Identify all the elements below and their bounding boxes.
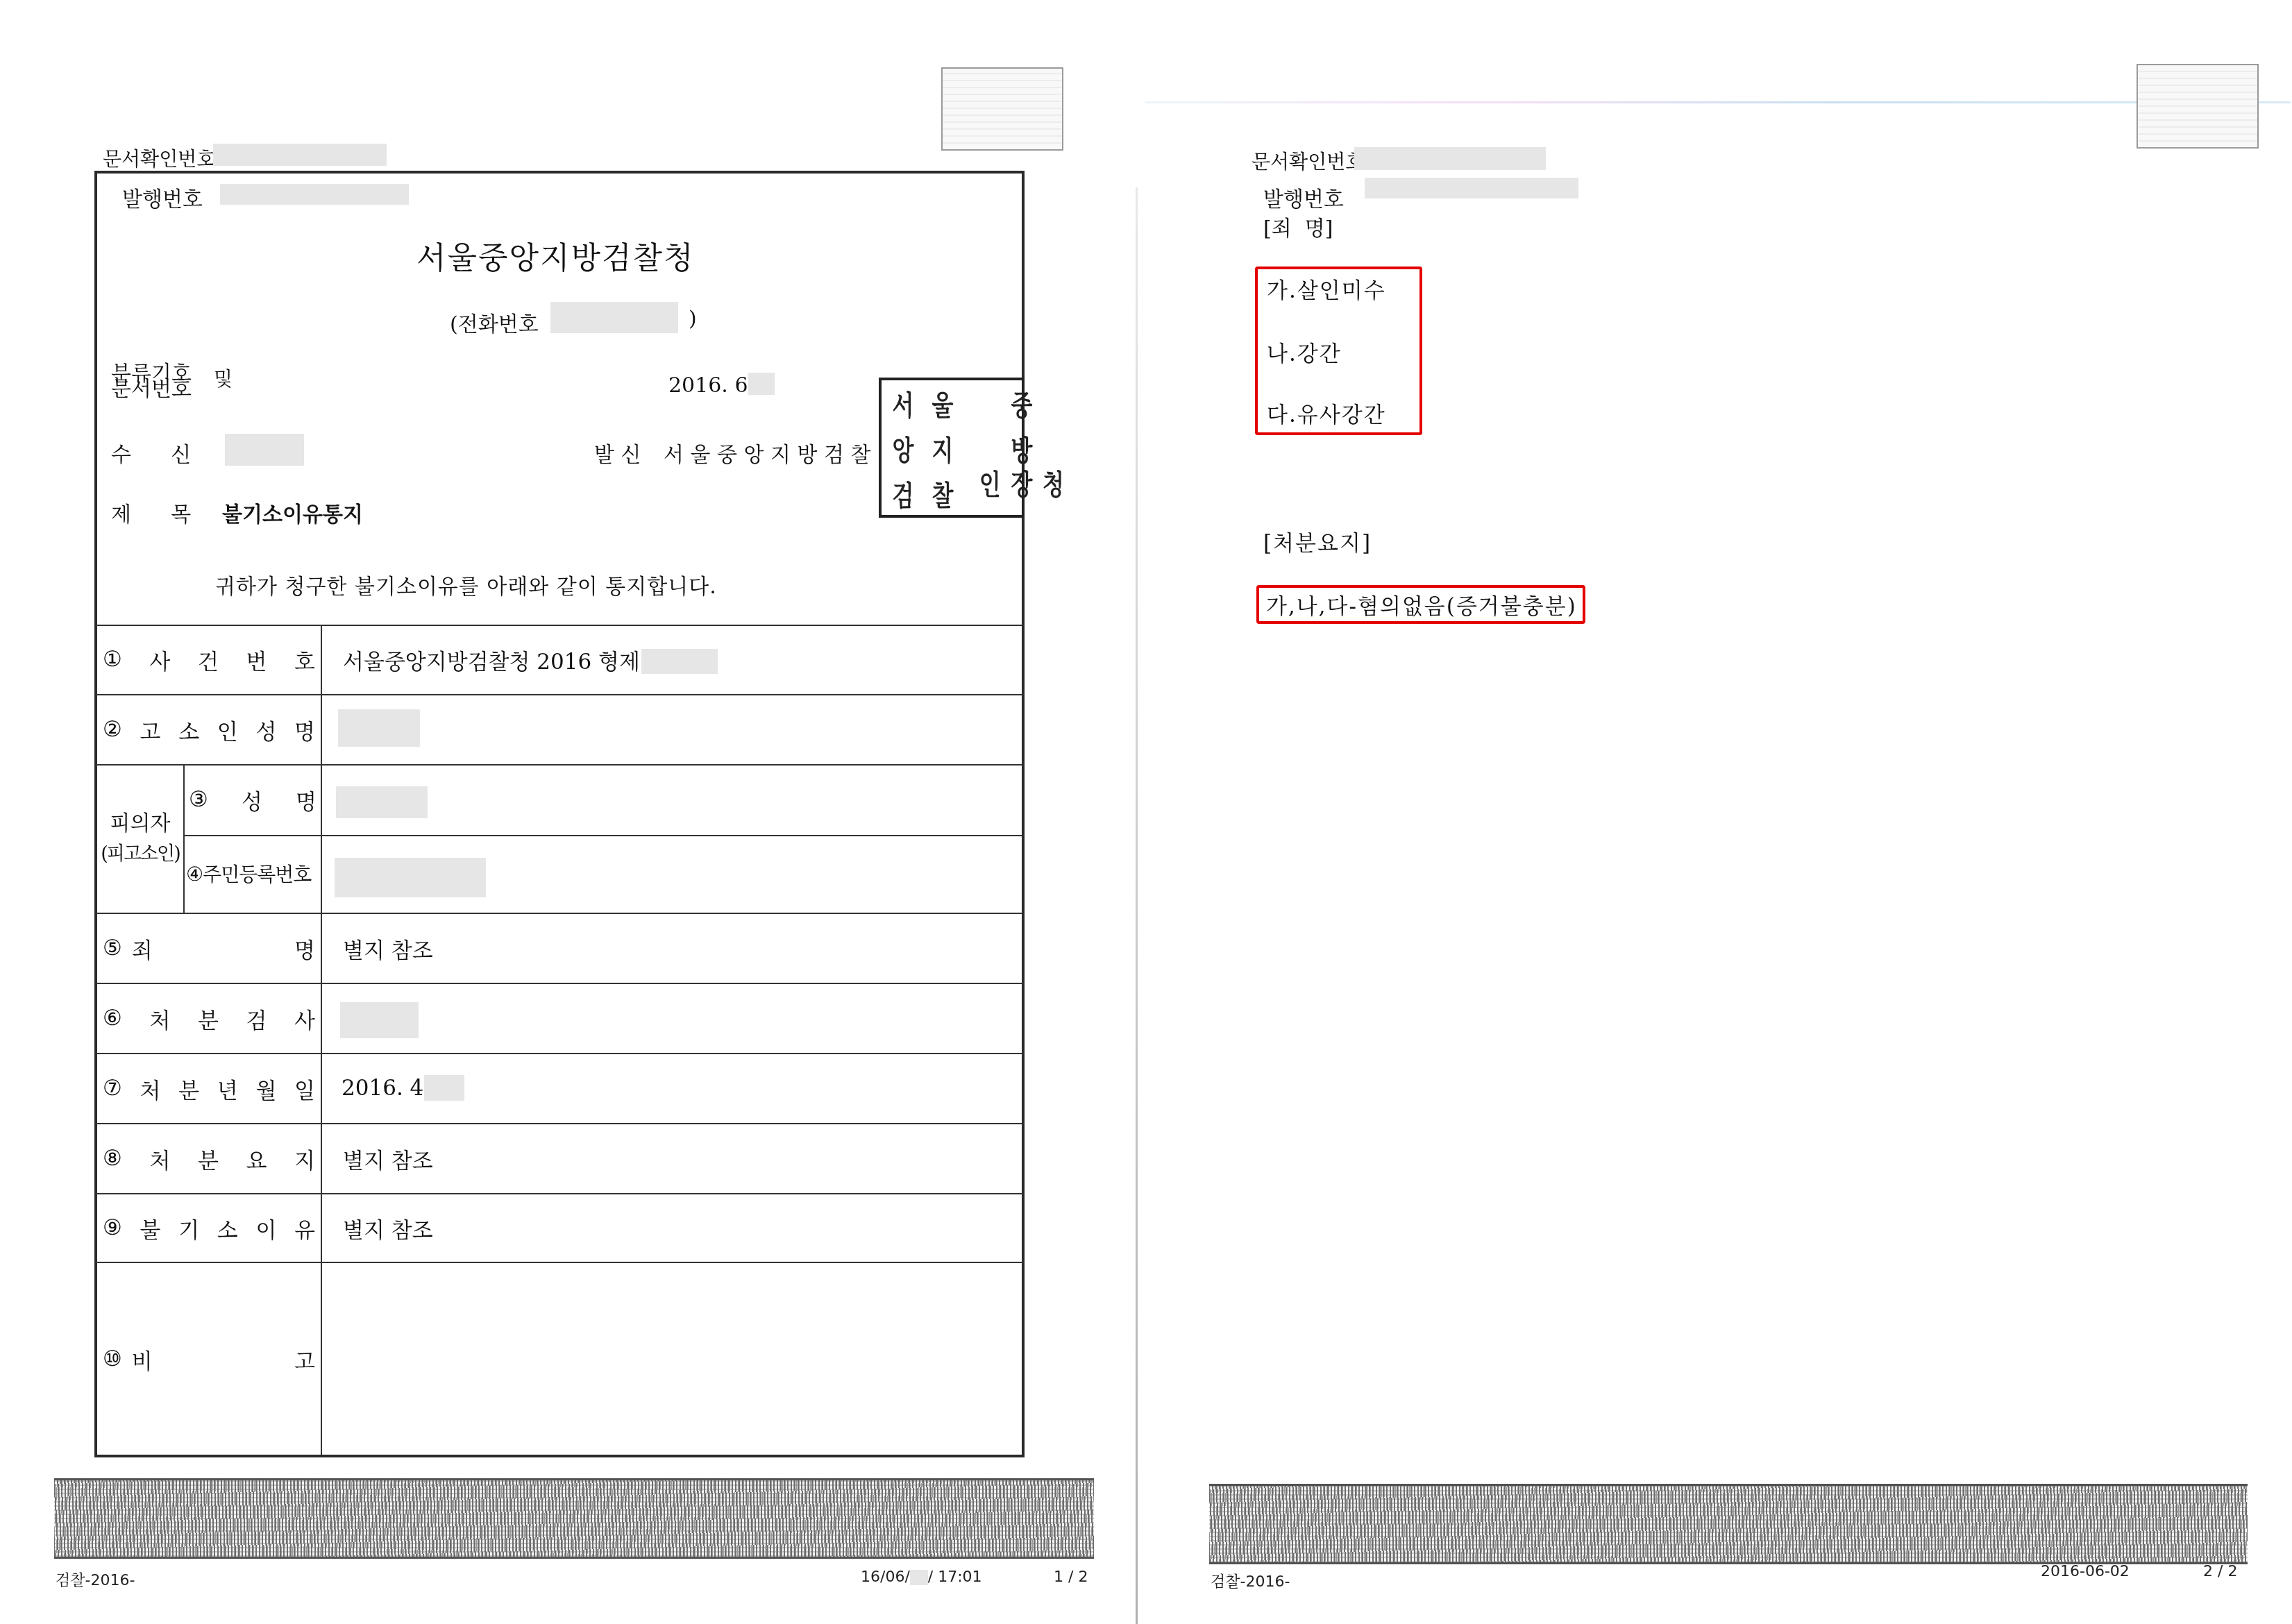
label-char: 유 <box>294 1212 315 1244</box>
seal-char: 지 <box>925 425 957 471</box>
row-number: ② <box>103 717 122 742</box>
label-char: 성 <box>255 714 276 745</box>
disposition-text: 가,나,다-혐의없음(증거불충분) <box>1266 589 1577 620</box>
footer-date-prefix: 16/06/ <box>861 1568 910 1586</box>
table-col-divider <box>321 625 322 1455</box>
row-label-suspect-name: ③ 성 명 <box>189 765 317 834</box>
phone-label: (전화번호 <box>450 307 539 337</box>
suspect-group-label: 피의자 (피고소인) <box>99 809 182 870</box>
recipient-redacted <box>225 434 304 466</box>
doc-confirm-label: 문서확인번호 <box>1252 147 1364 175</box>
seal-char: 청장인 <box>972 470 1068 515</box>
doc-confirm-number-redacted <box>213 144 387 166</box>
label-char: 이 <box>255 1212 276 1244</box>
footer-date: 2016-06-02 <box>2041 1563 2130 1580</box>
scan-artifact-line <box>1145 101 2291 103</box>
seal-char: 울 <box>925 380 957 425</box>
notice-date: 2016. 6. <box>668 373 755 398</box>
footer-page-number: 1 / 2 <box>1054 1568 1088 1586</box>
row-number: ④ <box>186 863 203 886</box>
row-value-disposition-summary: 별지 참조 <box>343 1124 433 1193</box>
phone-close: ) <box>689 307 697 331</box>
issue-no-label: 발행번호 <box>122 182 203 212</box>
label-char: 기 <box>178 1212 199 1244</box>
disposition-heading: [처분요지] <box>1263 525 1372 557</box>
label-char: 건 <box>198 644 219 675</box>
prosecutor-redacted <box>340 1002 419 1038</box>
issue-no-label: 발행번호 <box>1263 182 1344 212</box>
row-number: ⑨ <box>103 1215 122 1240</box>
row-value-charge: 별지 참조 <box>343 913 433 983</box>
label-char: 비 <box>132 1344 153 1375</box>
footer-doc-code: 검찰-2016- <box>1211 1570 1290 1591</box>
phone-number-redacted <box>550 302 678 333</box>
row-number: ⑧ <box>103 1146 122 1171</box>
label-char: 명 <box>296 784 317 815</box>
agency-title: 서울중앙지방검찰청 <box>416 233 695 278</box>
footer-datetime: 16/06// 17:01 <box>861 1568 982 1586</box>
row-number: ⑦ <box>103 1076 122 1101</box>
label-char: 호 <box>294 644 315 675</box>
label-char: 사 <box>149 644 170 675</box>
official-seal: 서 울 중 앙 지 방 검 찰 청장인 <box>879 378 1025 518</box>
label-char: 주민등록번호 <box>203 860 311 888</box>
receipt-stamp-box <box>2137 64 2259 149</box>
label-char: 처 <box>149 1143 170 1174</box>
case-number-text: 서울중앙지방검찰청 2016 형제 <box>343 644 640 675</box>
sender-label: 발 신 <box>594 437 641 468</box>
footer-page-number: 2 / 2 <box>2203 1563 2237 1580</box>
non-indictment-reason-text: 별지 참조 <box>343 1212 433 1244</box>
recipient-label: 수 신 <box>111 437 191 468</box>
notice-date-day-redacted <box>748 373 775 395</box>
label-char: 검 <box>246 1003 267 1034</box>
label-char: 죄 <box>132 933 153 964</box>
seal-char: 서 <box>886 380 918 425</box>
label-char: 년 <box>217 1073 238 1104</box>
row-value-non-indictment-reason: 별지 참조 <box>343 1194 433 1262</box>
classification-label-line2: 문서번호 <box>111 382 192 397</box>
classification-and: 및 <box>214 364 233 392</box>
label-char: 일 <box>294 1073 315 1104</box>
suspect-label: 피의자 <box>99 809 182 839</box>
disposition-date-text: 2016. 4. <box>342 1076 430 1101</box>
suspect-sublabel: (피고소인) <box>99 839 182 870</box>
label-char: 불 <box>140 1212 160 1244</box>
label-char: 번 <box>246 644 267 675</box>
case-number-redacted <box>641 649 718 674</box>
doc-confirm-number-redacted <box>1354 147 1546 170</box>
seal-char: 검 <box>886 470 918 515</box>
charges-heading: [죄 명] <box>1263 211 1333 242</box>
seal-char: 방 <box>972 425 1068 471</box>
label-char: 월 <box>255 1073 276 1104</box>
label-char: 명 <box>294 933 315 964</box>
barcode-strip <box>54 1478 1094 1559</box>
label-char: 처 <box>140 1073 160 1104</box>
row-label-disposition-summary: ⑧ 처 분 요 지 <box>103 1124 315 1193</box>
label-char: 요 <box>246 1143 267 1174</box>
label-char: 고 <box>140 714 160 745</box>
seal-char: 앙 <box>886 425 918 471</box>
resident-number-redacted <box>335 858 486 897</box>
row-label-remarks: ⑩ 비 고 <box>103 1263 315 1455</box>
label-char: 소 <box>178 714 199 745</box>
label-char: 분 <box>198 1003 219 1034</box>
footer-time: / 17:01 <box>928 1568 982 1586</box>
charge-item: 나.강간 <box>1267 336 1342 367</box>
row-value-disposition-date: 2016. 4. <box>342 1054 430 1123</box>
row-label-disposition-date: ⑦ 처 분 년 월 일 <box>103 1054 315 1123</box>
label-char: 지 <box>294 1143 315 1174</box>
label-char: 소 <box>217 1212 238 1244</box>
phone-open: (전화번호 <box>450 312 539 337</box>
row-label-resident-number: ④ 주민등록번호 <box>186 836 322 912</box>
charge-item: 가.살인미수 <box>1267 273 1386 304</box>
seal-char: 찰 <box>925 470 957 515</box>
classification-label: 분류기호 문서번호 <box>111 366 192 397</box>
table-subcol-divider <box>183 764 185 913</box>
row-value-case-number: 서울중앙지방검찰청 2016 형제 <box>343 625 640 694</box>
disposition-summary-text: 별지 참조 <box>343 1143 433 1174</box>
suspect-name-redacted <box>336 786 428 818</box>
label-char: 고 <box>294 1344 315 1375</box>
row-number: ⑩ <box>103 1346 122 1371</box>
receipt-stamp-box <box>941 67 1063 151</box>
row-number: ③ <box>189 787 208 812</box>
subject-label: 제 목 <box>111 497 191 527</box>
label-char: 처 <box>149 1003 170 1034</box>
footer-doc-code: 검찰-2016- <box>56 1568 135 1590</box>
doc-confirm-label: 문서확인번호 <box>103 144 215 172</box>
issue-number-redacted <box>220 184 409 205</box>
row-number: ⑤ <box>103 936 122 961</box>
row-label-charge: ⑤ 죄 명 <box>103 913 315 983</box>
row-label-prosecutor: ⑥ 처 분 검 사 <box>103 983 315 1053</box>
seal-char: 중 <box>972 380 1068 425</box>
barcode-strip <box>1209 1484 2248 1564</box>
row-number: ① <box>103 647 122 672</box>
complainant-name-redacted <box>338 709 420 747</box>
row-label-complainant-name: ② 고 소 인 성 명 <box>103 695 315 764</box>
label-char: 명 <box>294 714 315 745</box>
charge-text: 별지 참조 <box>343 933 433 964</box>
label-char: 분 <box>198 1143 219 1174</box>
label-char: 성 <box>242 784 262 815</box>
row-label-non-indictment-reason: ⑨ 불 기 소 이 유 <box>103 1194 315 1262</box>
intro-text: 귀하가 청구한 불기소이유를 아래와 같이 통지합니다. <box>215 569 717 600</box>
row-number: ⑥ <box>103 1006 122 1031</box>
charge-item: 다.유사강간 <box>1267 397 1386 428</box>
label-char: 분 <box>178 1073 199 1104</box>
row-label-case-number: ① 사 건 번 호 <box>103 625 315 694</box>
page-divider <box>1136 187 1138 1624</box>
label-char: 사 <box>294 1003 315 1034</box>
subject-value: 불기소이유통지 <box>222 497 363 527</box>
disposition-date-day-redacted <box>424 1075 464 1101</box>
label-char: 인 <box>217 714 238 745</box>
issue-number-redacted <box>1365 178 1578 198</box>
footer-day-redacted <box>910 1570 928 1585</box>
